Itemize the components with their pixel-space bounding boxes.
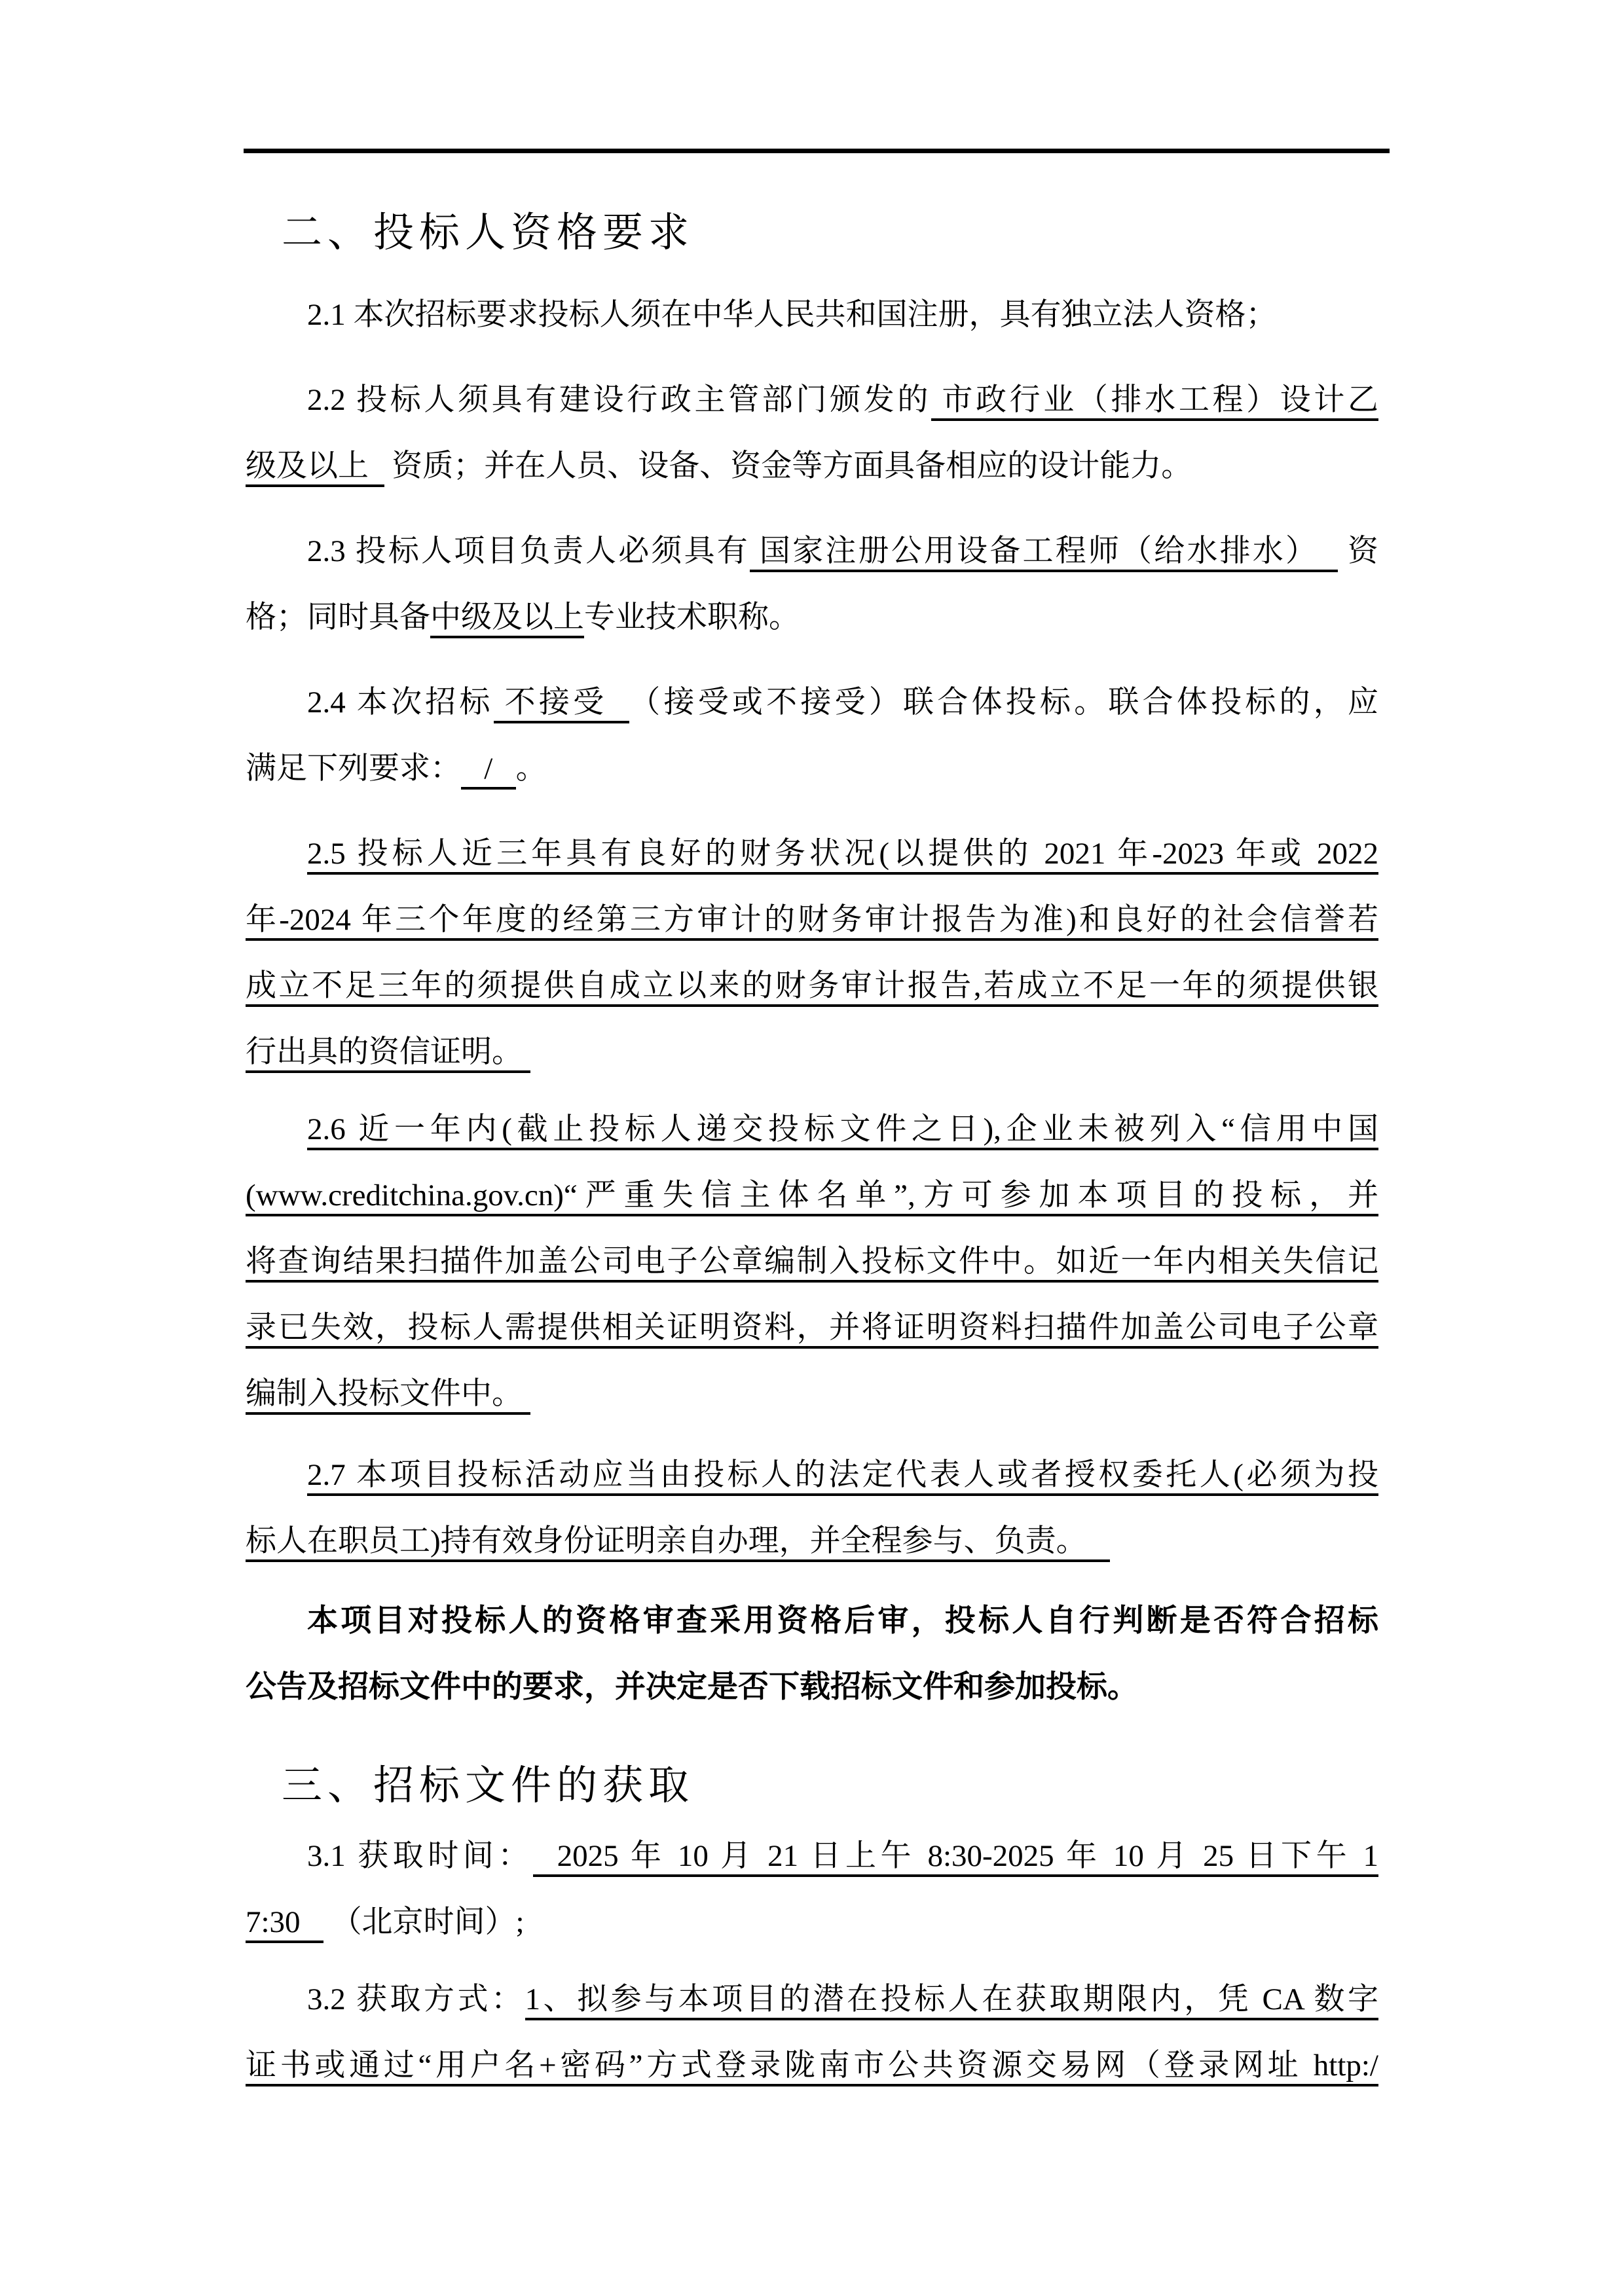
- text-line: 成立不足三年的须提供自成立以来的财务审计报告,若成立不足一年的须提供银: [246, 953, 1378, 1019]
- text-line: 2.4 本次招标 不接受 （接受或不接受）联合体投标。联合体投标的，应: [246, 670, 1378, 736]
- text-line: 编制入投标文件中。: [246, 1361, 1378, 1427]
- text-run: 资: [1338, 534, 1378, 568]
- section-heading-3: 三、招标文件的获取: [246, 1760, 1414, 1812]
- underlined-text: 2.7 本项目投标活动应当由投标人的法定代表人或者授权委托人(必须为投: [307, 1458, 1378, 1496]
- text-line: 年-2024 年三个年度的经第三方审计的财务审计报告为准)和良好的社会信誉若: [246, 887, 1378, 953]
- text-line: 录已失效，投标人需提供相关证明资料，并将证明资料扫描件加盖公司电子公章: [246, 1295, 1378, 1361]
- document-page: 二、投标人资格要求2.1 本次招标要求投标人须在中华人民共和国注册，具有独立法人…: [0, 0, 1624, 2296]
- section-heading-2: 二、投标人资格要求: [246, 207, 1414, 259]
- underlined-text: 市政行业（排水工程）设计乙: [931, 383, 1378, 421]
- clause-2-2: 2.2 投标人须具有建设行政主管部门颁发的 市政行业（排水工程）设计乙级及以上 …: [246, 367, 1378, 500]
- underlined-text: 将查询结果扫描件加盖公司电子公章编制入投标文件中。如近一年内相关失信记: [246, 1245, 1378, 1283]
- text-line: 2.2 投标人须具有建设行政主管部门颁发的 市政行业（排水工程）设计乙: [246, 367, 1378, 433]
- underlined-text: 年-2024 年三个年度的经第三方审计的财务审计报告为准)和良好的社会信誉若: [246, 903, 1378, 941]
- text-run: 满足下列要求：: [246, 752, 461, 786]
- underlined-text: 成立不足三年的须提供自成立以来的财务审计报告,若成立不足一年的须提供银: [246, 969, 1378, 1007]
- underlined-text: 标人在职员工)持有效身份证明亲自办理，并全程参与、负责。: [246, 1524, 1110, 1562]
- text-run: 2.3 投标人项目负责人必须具有: [307, 534, 750, 568]
- clause-3-2: 3.2 获取方式：1、拟参与本项目的潜在投标人在获取期限内，凭 CA 数字证书或…: [246, 1967, 1378, 2099]
- underlined-text: /: [461, 752, 516, 790]
- clause-3-1: 3.1 获取时间： 2025 年 10 月 21 日上午 8:30-2025 年…: [246, 1823, 1378, 1956]
- text-line: 级及以上 资质；并在人员、设备、资金等方面具备相应的设计能力。: [246, 433, 1378, 500]
- text-run: 2.2 投标人须具有建设行政主管部门颁发的: [307, 383, 931, 417]
- underlined-text: 中级及以上: [430, 600, 584, 638]
- clause-2-4: 2.4 本次招标 不接受 （接受或不接受）联合体投标。联合体投标的，应满足下列要…: [246, 670, 1378, 802]
- clause-2-5: 2.5 投标人近三年具有良好的财务状况(以提供的 2021 年-2023 年或 …: [246, 821, 1378, 1085]
- underlined-text: 不接受: [494, 685, 630, 723]
- text-line: (www.creditchina.gov.cn)“严重失信主体名单”,方可参加本…: [246, 1163, 1378, 1229]
- text-line: 二、投标人资格要求: [282, 207, 1414, 259]
- underlined-text: 编制入投标文件中。: [246, 1377, 530, 1415]
- text-run: （北京时间）;: [323, 1905, 525, 1939]
- text-run: 3.1 获取时间：: [307, 1839, 533, 1873]
- text-line: 本项目对投标人的资格审查采用资格后审，投标人自行判断是否符合招标: [246, 1588, 1378, 1654]
- underlined-text: 行出具的资信证明。: [246, 1035, 530, 1073]
- clause-2-1: 2.1 本次招标要求投标人须在中华人民共和国注册，具有独立法人资格；: [246, 282, 1378, 348]
- text-line: 2.7 本项目投标活动应当由投标人的法定代表人或者授权委托人(必须为投: [246, 1442, 1378, 1508]
- text-line: 3.2 获取方式：1、拟参与本项目的潜在投标人在获取期限内，凭 CA 数字: [246, 1967, 1378, 2033]
- text-line: 标人在职员工)持有效身份证明亲自办理，并全程参与、负责。: [246, 1508, 1378, 1575]
- text-run: 2.1 本次招标要求投标人须在中华人民共和国注册，具有独立法人资格；: [307, 298, 1277, 332]
- text-run: 公告及招标文件中的要求，并决定是否下载招标文件和参加投标。: [246, 1670, 1138, 1704]
- text-line: 将查询结果扫描件加盖公司电子公章编制入投标文件中。如近一年内相关失信记: [246, 1229, 1378, 1295]
- text-line: 证书或通过“用户名+密码”方式登录陇南市公共资源交易网（登录网址 http:/: [246, 2033, 1378, 2099]
- clause-2-3: 2.3 投标人项目负责人必须具有 国家注册公用设备工程师（给水排水） 资格；同时…: [246, 519, 1378, 651]
- text-line: 2.6 近一年内(截止投标人递交投标文件之日),企业未被列入“信用中国: [246, 1097, 1378, 1163]
- underlined-text: 证书或通过“用户名+密码”方式登录陇南市公共资源交易网（登录网址 http:/: [246, 2049, 1378, 2086]
- text-line: 3.1 获取时间： 2025 年 10 月 21 日上午 8:30-2025 年…: [246, 1823, 1378, 1889]
- text-line: 2.5 投标人近三年具有良好的财务状况(以提供的 2021 年-2023 年或 …: [246, 821, 1378, 887]
- underlined-text: 2.5 投标人近三年具有良好的财务状况(以提供的 2021 年-2023 年或 …: [307, 837, 1378, 875]
- text-line: 行出具的资信证明。: [246, 1019, 1378, 1085]
- document-body: 二、投标人资格要求2.1 本次招标要求投标人须在中华人民共和国注册，具有独立法人…: [0, 0, 1624, 2296]
- text-run: 。: [516, 752, 547, 786]
- underlined-text: 级及以上: [246, 449, 384, 487]
- text-run: 专业技术职称。: [584, 600, 800, 634]
- text-run: 3.2 获取方式：: [307, 1982, 525, 2016]
- text-run: 格；同时具备: [246, 600, 430, 634]
- underlined-text: 国家注册公用设备工程师（给水排水）: [750, 534, 1338, 572]
- text-line: 满足下列要求： / 。: [246, 736, 1378, 802]
- text-line: 公告及招标文件中的要求，并决定是否下载招标文件和参加投标。: [246, 1654, 1378, 1721]
- clause-2-6: 2.6 近一年内(截止投标人递交投标文件之日),企业未被列入“信用中国(www.…: [246, 1097, 1378, 1427]
- underlined-text: 1、拟参与本项目的潜在投标人在获取期限内，凭 CA 数字: [525, 1982, 1378, 2020]
- underlined-text: 2025 年 10 月 21 日上午 8:30-2025 年 10 月 25 日…: [533, 1839, 1378, 1877]
- text-run: 二、投标人资格要求: [282, 211, 694, 255]
- text-run: 三、招标文件的获取: [282, 1764, 694, 1808]
- text-line: 2.3 投标人项目负责人必须具有 国家注册公用设备工程师（给水排水） 资: [246, 519, 1378, 585]
- text-run: （接受或不接受）联合体投标。联合体投标的，应: [629, 685, 1378, 720]
- text-run: 2.4 本次招标: [307, 685, 494, 720]
- text-run: 本项目对投标人的资格审查采用资格后审，投标人自行判断是否符合招标: [307, 1604, 1378, 1638]
- underlined-text: (www.creditchina.gov.cn)“严重失信主体名单”,方可参加本…: [246, 1178, 1378, 1216]
- qualification-review-note: 本项目对投标人的资格审查采用资格后审，投标人自行判断是否符合招标公告及招标文件中…: [246, 1588, 1378, 1721]
- underlined-text: 7:30: [246, 1905, 323, 1943]
- clause-2-7: 2.7 本项目投标活动应当由投标人的法定代表人或者授权委托人(必须为投标人在职员…: [246, 1442, 1378, 1575]
- text-line: 三、招标文件的获取: [282, 1760, 1414, 1812]
- text-line: 7:30 （北京时间）;: [246, 1889, 1378, 1956]
- underlined-text: 录已失效，投标人需提供相关证明资料，并将证明资料扫描件加盖公司电子公章: [246, 1311, 1378, 1349]
- text-line: 2.1 本次招标要求投标人须在中华人民共和国注册，具有独立法人资格；: [246, 282, 1378, 348]
- underlined-text: 2.6 近一年内(截止投标人递交投标文件之日),企业未被列入“信用中国: [307, 1112, 1378, 1150]
- text-line: 格；同时具备中级及以上专业技术职称。: [246, 585, 1378, 651]
- text-run: 资质；并在人员、设备、资金等方面具备相应的设计能力。: [384, 449, 1192, 483]
